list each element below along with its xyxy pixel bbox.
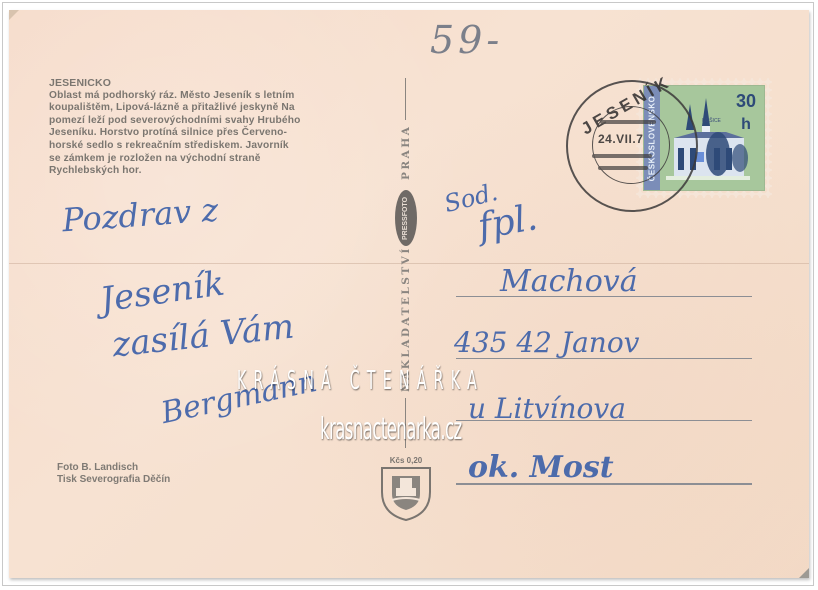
description-line: pomezí leží pod severovýchodními svahy H… — [49, 115, 379, 128]
postmark: JESENÍK 24.VII.7 — [566, 80, 698, 212]
postcard-description: JESENICKO Oblast má podhorský ráz. Město… — [49, 77, 379, 178]
divider-line — [405, 78, 406, 120]
publisher-city: PRAHA — [400, 125, 412, 180]
stamp-value-unit: h — [736, 116, 756, 134]
description-line: se zámkem je rozložen na východní straně — [49, 153, 379, 166]
address-line: Machová — [500, 264, 638, 299]
corner-wear — [9, 10, 19, 20]
address-rule — [456, 420, 752, 421]
castle-shield-icon — [378, 466, 434, 522]
pressfoto-logo: PRESSFOTO — [395, 190, 417, 246]
stamp-city-caption: KOŠICE — [702, 118, 721, 124]
description-line: Jeseníku. Horstvo protíná silnice přes Č… — [49, 127, 379, 140]
stamp-value-number: 30 — [736, 91, 756, 111]
description-title: JESENICKO — [49, 77, 379, 90]
address-rule — [456, 296, 752, 297]
postmark-date: 24.VII.7 — [598, 132, 643, 146]
description-line: horské sedlo s rekreačním střediskem. Ja… — [49, 140, 379, 153]
description-line: Oblast má podhorský ráz. Město Jeseník s… — [49, 90, 379, 103]
photo-credit: Foto B. Landisch — [57, 462, 170, 474]
print-credit: Tisk Severografia Děčín — [57, 474, 170, 486]
pressfoto-logo-text: PRESSFOTO — [403, 196, 410, 239]
credits: Foto B. Landisch Tisk Severografia Děčín — [57, 462, 170, 486]
tourism-fee-badge: Kčs 0,20 — [370, 452, 442, 524]
address-line: 435 42 Janov — [454, 326, 640, 359]
price-mark: 59- — [430, 18, 503, 62]
badge-price: Kčs 0,20 — [374, 456, 438, 465]
address-rule — [456, 358, 752, 359]
watermark-url: krasnactenarka.cz — [320, 412, 462, 447]
postmark-bar — [598, 166, 648, 170]
address-line: ok. Most — [468, 450, 614, 485]
postmark-bar — [592, 154, 652, 158]
stamp-value: 30 h — [736, 92, 756, 134]
corner-wear — [799, 568, 809, 578]
address-rule — [456, 483, 752, 485]
watermark-title: KRÁSNÁ ČTENÁŘKA — [237, 366, 484, 396]
description-line: koupalištěm, Lipová-lázně a přitažlivé j… — [49, 102, 379, 115]
postmark-bar — [600, 120, 656, 124]
description-line: Rychlebských hor. — [49, 165, 379, 178]
